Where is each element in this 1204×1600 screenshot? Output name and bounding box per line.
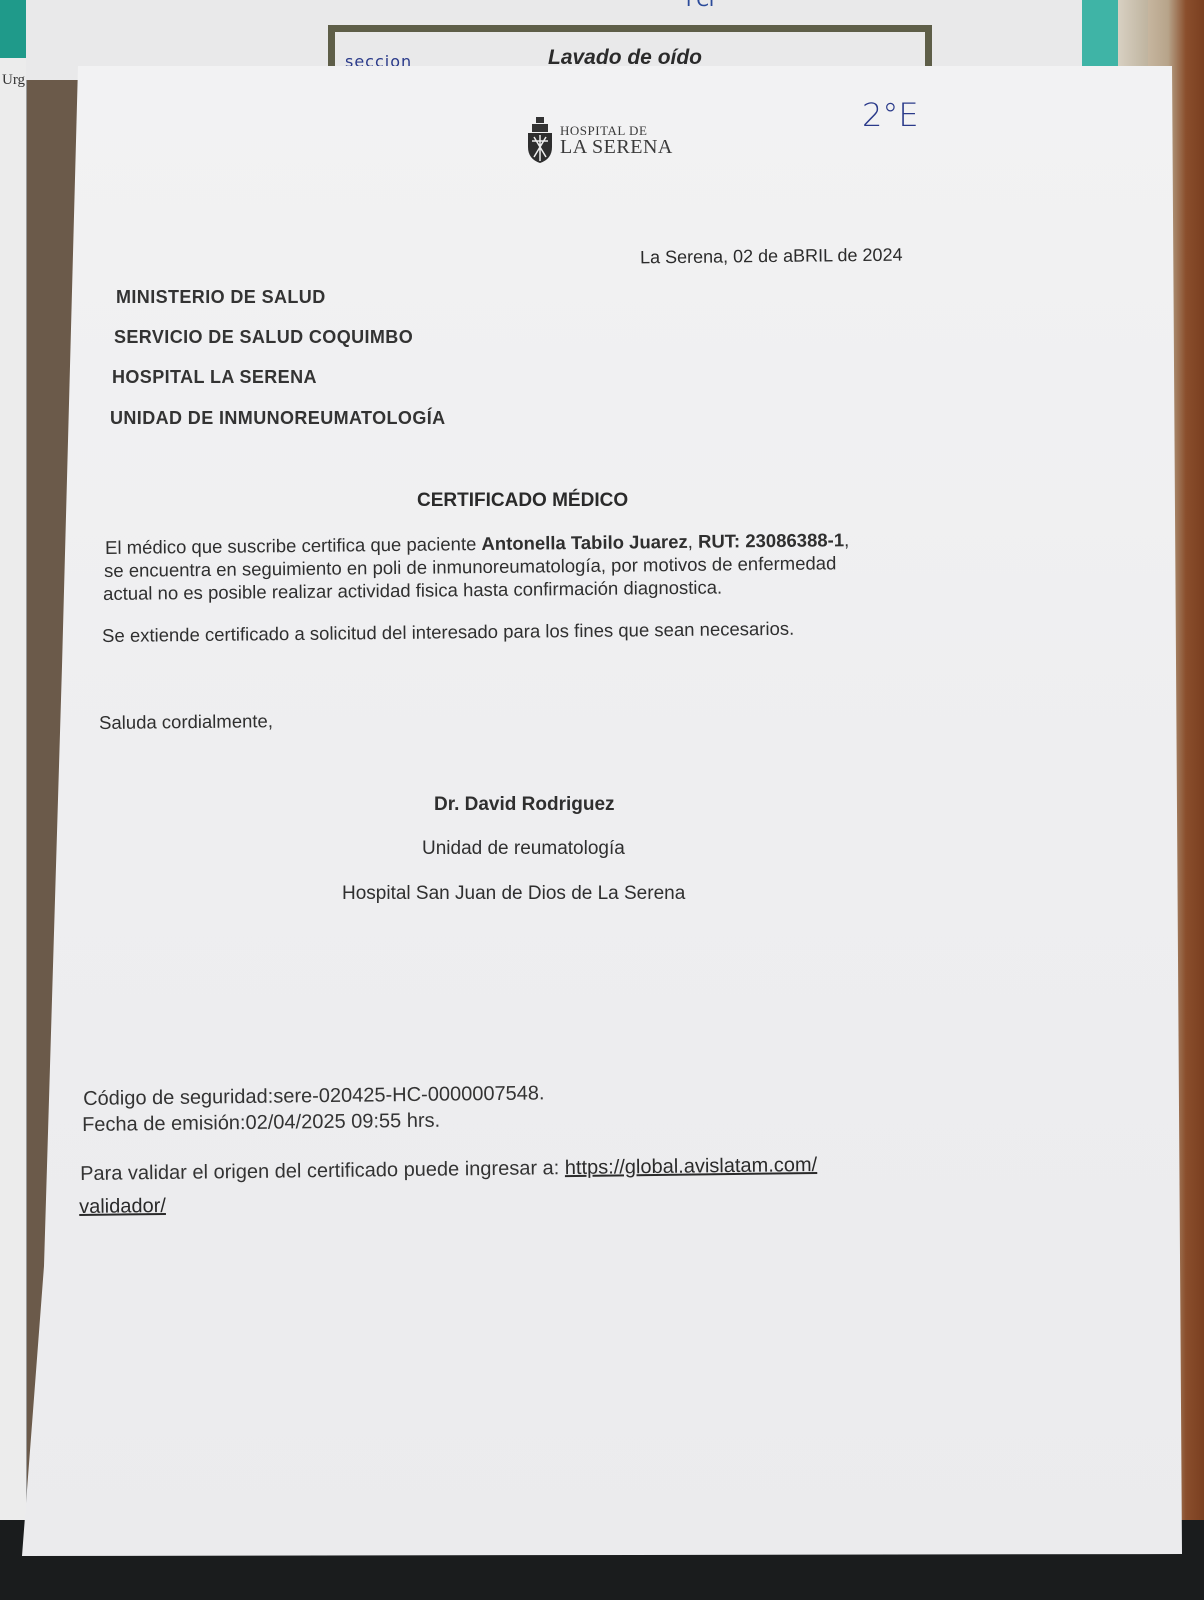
institution-service: SERVICIO DE SALUD COQUIMBO [114, 327, 413, 348]
institution-unit: UNIDAD DE INMUNOREUMATOLOGÍA [110, 408, 446, 429]
issue-date: Fecha de emisión:02/04/2025 09:55 hrs. [82, 1110, 440, 1137]
teal-folder-tab-right [1082, 0, 1118, 66]
handwritten-note-top: FCI [686, 0, 714, 11]
teal-folder-tab [0, 0, 28, 58]
logo-line-2: LA SERENA [560, 137, 673, 157]
underlying-sheet-left: Urg [0, 58, 27, 1548]
date-line: La Serena, 02 de aBRIL de 2024 [640, 245, 903, 269]
line-end: , [844, 529, 849, 550]
closing-salutation: Saluda cordialmente, [99, 710, 273, 734]
certificate-intro: El médico que suscribe certifica que pac… [105, 533, 482, 558]
institution-ministry: MINISTERIO DE SALUD [116, 287, 326, 308]
sheet-fragment-text: Urg [2, 72, 25, 89]
doctor-name: Dr. David Rodriguez [434, 794, 615, 816]
patient-rut: RUT: 23086388-1 [698, 529, 844, 552]
institution-hospital: HOSPITAL LA SERENA [112, 367, 317, 388]
certificate-title: CERTIFICADO MÉDICO [417, 490, 628, 512]
validation-link-continued[interactable]: validador/ [79, 1195, 166, 1218]
validation-text: Para validar el origen del certificado p… [80, 1157, 565, 1185]
hospital-crest-icon [526, 115, 554, 165]
handwritten-grade-note: 2°E [862, 96, 919, 134]
validation-link[interactable]: https://global.avislatam.com/ [565, 1154, 818, 1179]
logo-line-1: HOSPITAL DE [560, 124, 673, 137]
hospital-logo: HOSPITAL DE LA SERENA [526, 115, 673, 165]
doctor-hospital: Hospital San Juan de Dios de La Serena [342, 883, 685, 905]
patient-name: Antonella Tabilo Juarez [481, 531, 687, 554]
doctor-unit: Unidad de reumatología [422, 838, 625, 860]
validation-line-2: validador/ [79, 1195, 166, 1219]
